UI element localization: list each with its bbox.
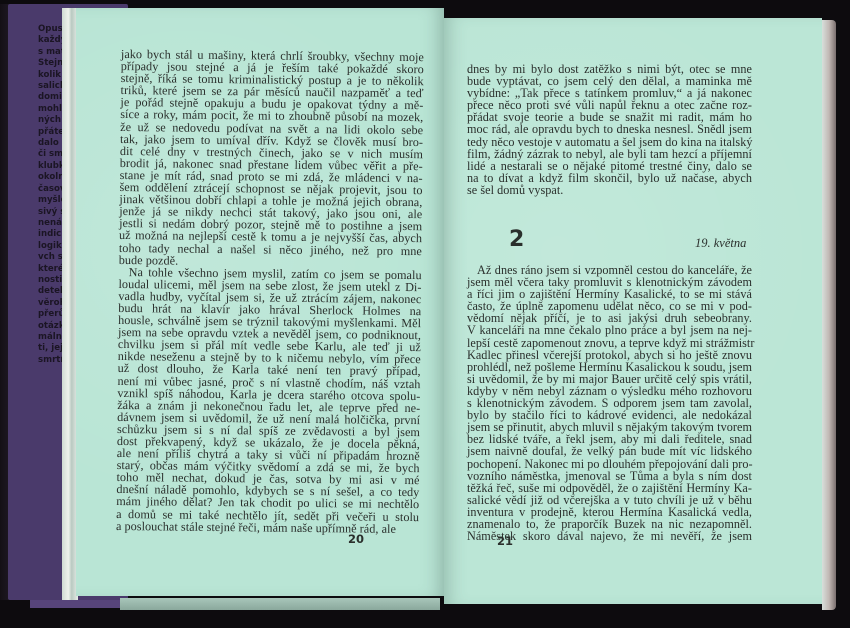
text-line: tedy něco vestoje v automatu a šel jsem … xyxy=(467,136,752,148)
left-page-body: jako bych stál u mašiny, která chrlí šro… xyxy=(116,48,424,535)
text-line: lepší cestě zapomenout znovu, a teprve k… xyxy=(467,337,752,349)
text-line: jsem naivně doufal, že velký pán bude mí… xyxy=(467,445,752,457)
text-line: moc rád, ale opravdu bych to dneska nesn… xyxy=(467,123,752,135)
page-number-right: 21 xyxy=(497,534,513,548)
chapter-date: 19. května xyxy=(695,236,746,251)
text-line: film, žádný zázrak to nebyl, ale byli ta… xyxy=(467,148,752,160)
left-page-bottom-edge xyxy=(120,598,440,610)
cover-bottom-edge xyxy=(30,600,120,608)
right-page-edges xyxy=(822,20,836,610)
text-line: těžká řeč, suše mi odpověděl, že o zajiš… xyxy=(467,482,752,494)
chapter-number: 2 xyxy=(509,227,524,252)
text-line: pochopení. Nakonec mi po dlouhém přepojo… xyxy=(467,458,752,470)
chapter-body: Až dnes ráno jsem si vzpomněl cestou do … xyxy=(467,264,752,542)
page-number-left: 20 xyxy=(348,532,364,546)
right-page-opening: dnes by mi bylo dost zatěžko s nimi být,… xyxy=(467,63,752,196)
text-line: vozního náměstka, jmenoval se Tůma a byl… xyxy=(467,470,752,482)
text-line: se šel domů vyspat. xyxy=(467,184,752,196)
text-line: Kadlec přinesl včerejší protokol, abych … xyxy=(467,349,752,361)
text-line: V kanceláři na mne čekalo plno práce a b… xyxy=(467,324,752,336)
text-line: a poslouchat stále stejné řeči, mám naše… xyxy=(116,520,419,535)
